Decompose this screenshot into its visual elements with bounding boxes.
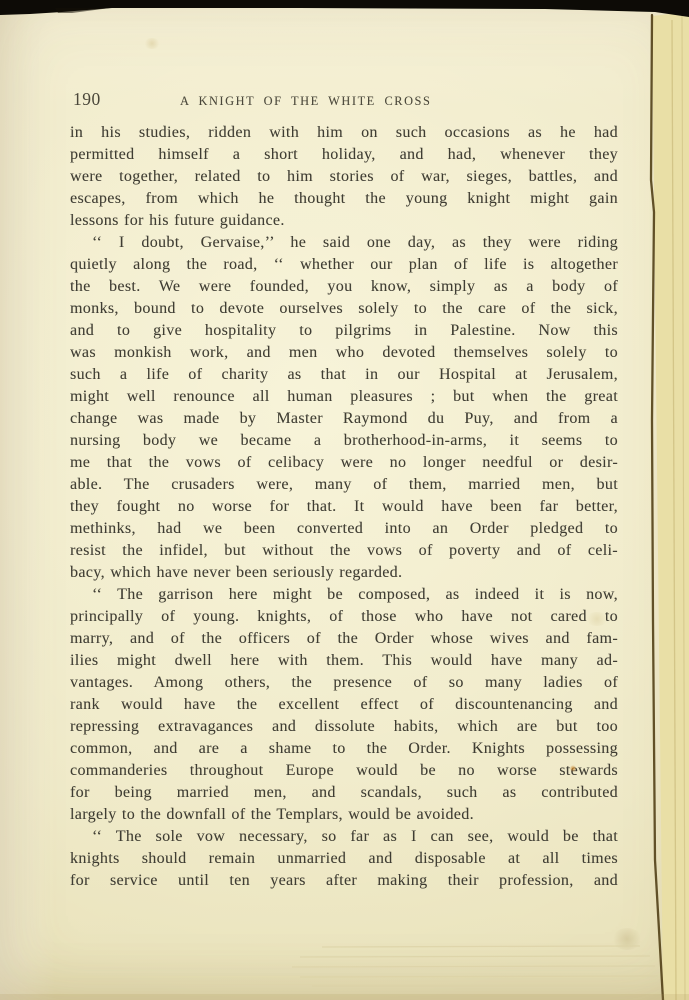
text-line: the best. We were founded, you know, sim…	[70, 278, 618, 300]
text-block: in his studies, ridden with him on such …	[70, 124, 618, 894]
text-line: bacy, which have never been seriously re…	[70, 564, 618, 586]
page-paper: 190 A KNIGHT OF THE WHITE CROSS in his s…	[0, 0, 689, 1000]
text-line: monks, bound to devote ourselves solely …	[70, 300, 618, 322]
text-line: lessons for his future guidance.	[70, 212, 618, 234]
text-line: rank would have the excellent effect of …	[70, 696, 618, 718]
text-line: for service until ten years after making…	[70, 872, 618, 894]
text-line: resist the infidel, but without the vows…	[70, 542, 618, 564]
foxing-spot	[144, 38, 160, 49]
text-line: might well renounce all human pleasures …	[70, 388, 618, 410]
running-title: A KNIGHT OF THE WHITE CROSS	[180, 94, 431, 109]
text-line: able. The crusaders were, many of them, …	[70, 476, 618, 498]
text-line: for being married men, and scandals, suc…	[70, 784, 618, 806]
text-line: principally of young. knights, of those …	[70, 608, 618, 630]
text-line: me that the vows of celibacy were no lon…	[70, 454, 618, 476]
text-line: ‘‘ The sole vow necessary, so far as I c…	[70, 828, 618, 850]
text-line: they fought no worse for that. It would …	[70, 498, 618, 520]
text-line: and to give hospitality to pilgrims in P…	[70, 322, 618, 344]
text-line: in his studies, ridden with him on such …	[70, 124, 618, 146]
text-line: were together, related to him stories of…	[70, 168, 618, 190]
text-line: ilies might dwell here with them. This w…	[70, 652, 618, 674]
text-line: nursing body we became a brotherhood-in-…	[70, 432, 618, 454]
text-line: ‘‘ I doubt, Gervaise,’’ he said one day,…	[70, 234, 618, 256]
text-line: largely to the downfall of the Templars,…	[70, 806, 618, 828]
text-line: quietly along the road, ‘‘ whether our p…	[70, 256, 618, 278]
paper-smudge	[612, 928, 642, 950]
page-number: 190	[73, 89, 101, 110]
text-line: was monkish work, and men who devoted th…	[70, 344, 618, 366]
text-line: escapes, from which he thought the young…	[70, 190, 618, 212]
text-line: permitted himself a short holiday, and h…	[70, 146, 618, 168]
text-line: such a life of charity as that in our Ho…	[70, 366, 618, 388]
text-line: vantages. Among others, the presence of …	[70, 674, 618, 696]
text-line: methinks, had we been converted into an …	[70, 520, 618, 542]
text-line: common, and are a shame to the Order. Kn…	[70, 740, 618, 762]
text-line: repressing extravagances and dissolute h…	[70, 718, 618, 740]
text-line: commanderies throughout Europe would be …	[70, 762, 618, 784]
text-line: marry, and of the officers of the Order …	[70, 630, 618, 652]
text-line: knights should remain unmarried and disp…	[70, 850, 618, 872]
book-page-scan: 190 A KNIGHT OF THE WHITE CROSS in his s…	[0, 0, 689, 1000]
text-line: change was made by Master Raymond du Puy…	[70, 410, 618, 432]
text-line: ‘‘ The garrison here might be composed, …	[70, 586, 618, 608]
